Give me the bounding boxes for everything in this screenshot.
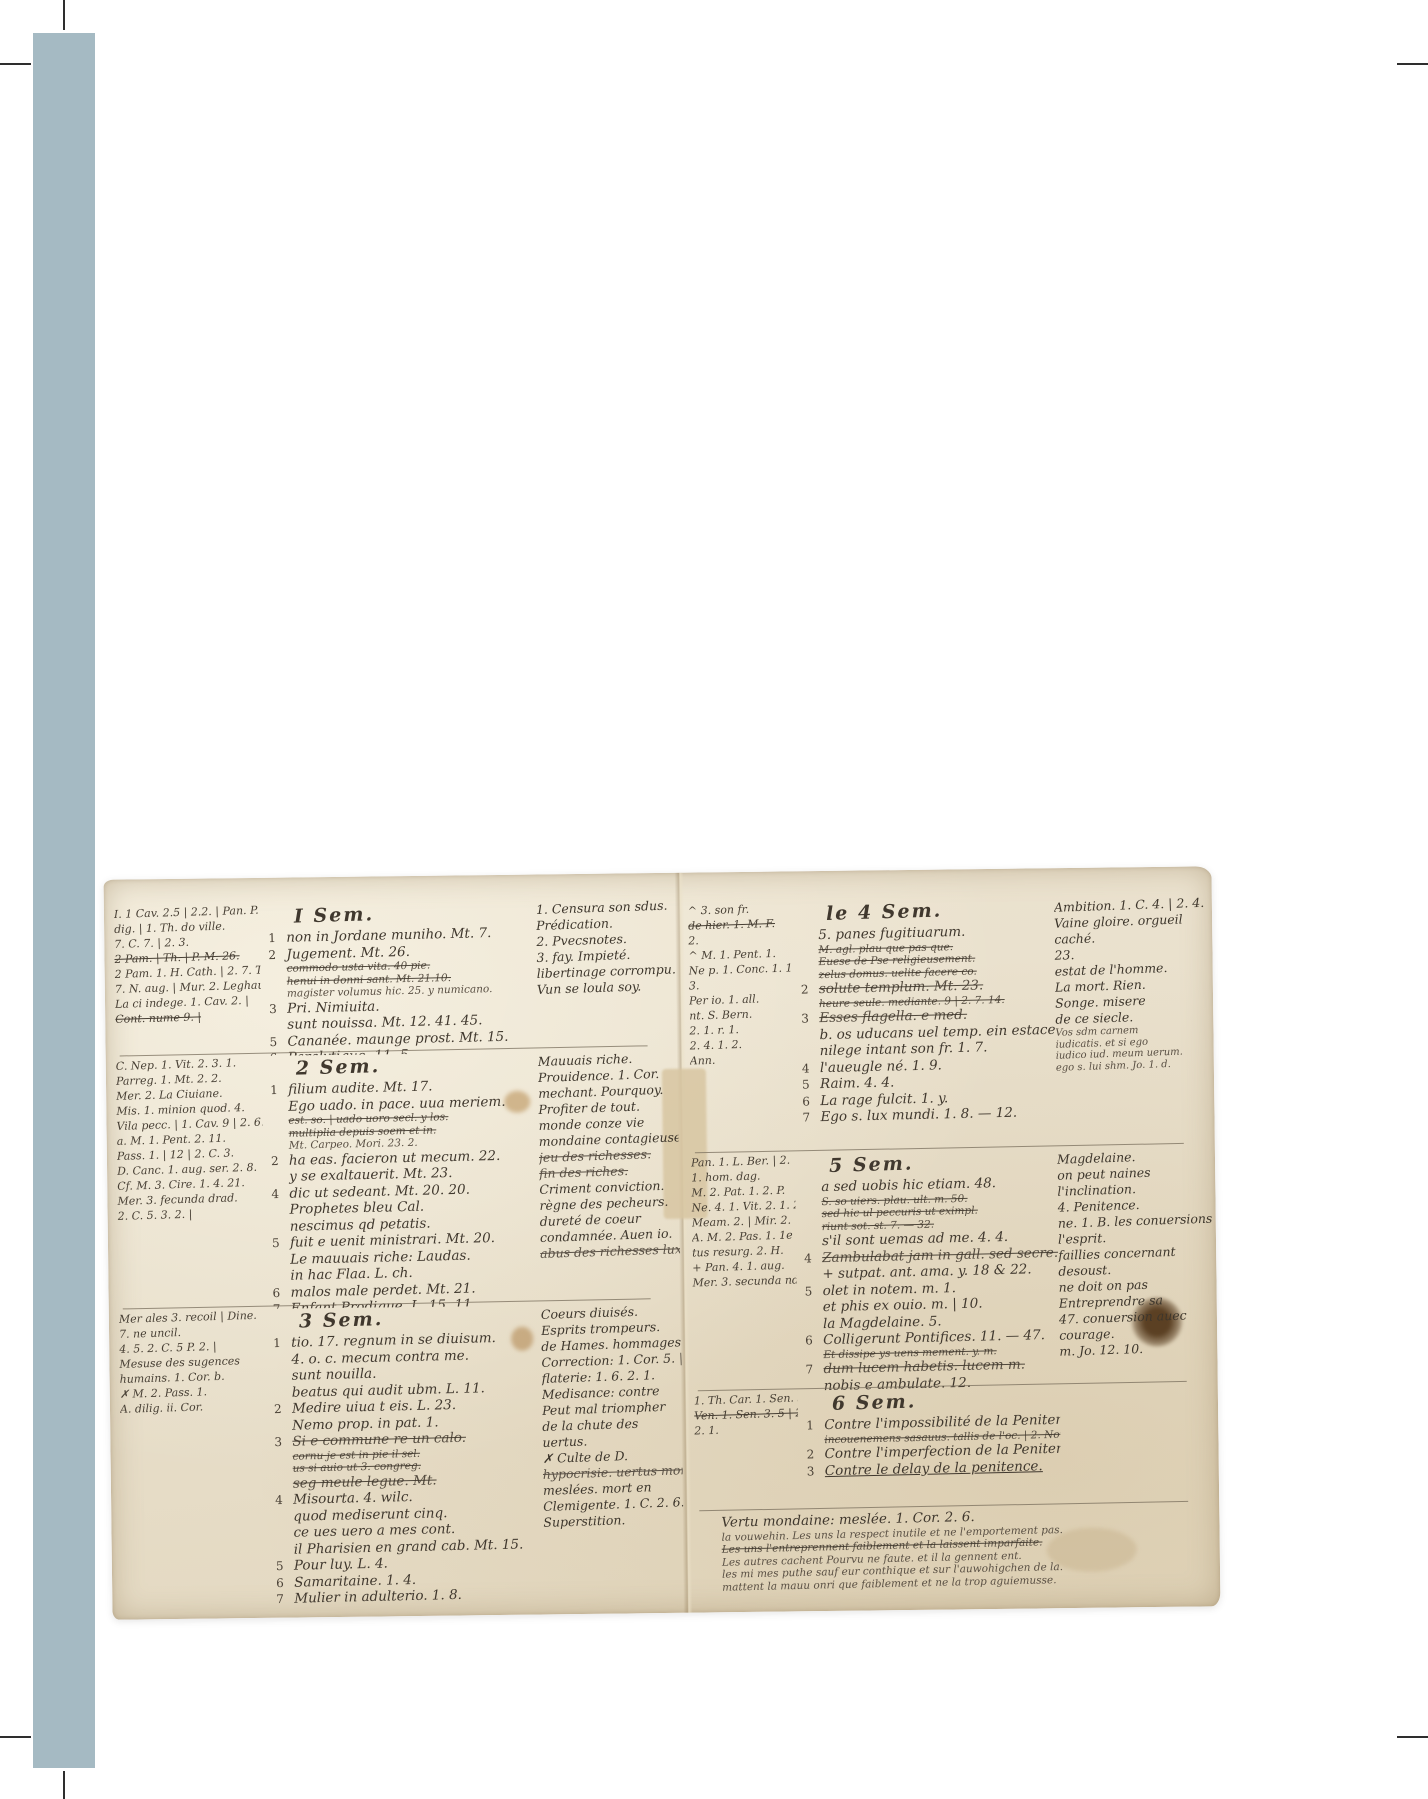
handwritten-text: ✗ Culte de D. (542, 1448, 628, 1466)
handwritten-text: 23. (1054, 947, 1074, 963)
manuscript-section: C. Nep. 1. Vit. 2. 3. 1.Parreg. 1. Mt. 2… (116, 1051, 681, 1311)
manuscript-section: Pan. 1. L. Ber. | 2.1. hom. dag.M. 2. Pa… (691, 1148, 1214, 1392)
handwritten-text: 1. hom. dag. (691, 1169, 761, 1184)
handwritten-text: 2. 1. (694, 1424, 719, 1438)
main-entries-column: le 4 Sem.5. panes fugitiuarum.M. agl. pl… (792, 898, 1057, 1153)
handwritten-text: Ego s. lux mundi. 1. 8. — 12. (820, 1105, 1017, 1125)
item-number: 4 (802, 1060, 810, 1077)
handwritten-text: Prédication. (536, 915, 613, 933)
margin-note: Mer. 3. secunda nd. (692, 1272, 796, 1290)
handwritten-text: de hier. 1. M. F. (688, 917, 775, 933)
handwritten-text: sunt nouilla. (291, 1366, 376, 1384)
item-number: 4 (275, 1492, 283, 1509)
handwritten-text: 3. fay. Impieté. (536, 947, 630, 965)
handwritten-text: Pour luy. L. 4. (294, 1556, 388, 1574)
handwritten-text: ^ M. 1. Pent. 1. (688, 947, 776, 963)
handwritten-text: Cont. nume 9. | (115, 1010, 201, 1026)
handwritten-text: de ce siecle. (1055, 1009, 1133, 1027)
item-number: 3 (269, 1000, 277, 1017)
handwritten-text: ✗ M. 2. Pass. 1. (120, 1385, 208, 1401)
item-number: 3 (807, 1463, 815, 1480)
handwritten-text: tus resurg. 2. H. (692, 1244, 784, 1260)
handwritten-text: Mer. 3. secunda nd. (692, 1273, 796, 1289)
margin-references-column: I. 1 Cav. 2.5 | 2.2. | Pan. P. Th.dig. |… (114, 904, 262, 1058)
handwritten-text: Songe. misere (1055, 993, 1146, 1011)
item-number: 5 (272, 1235, 280, 1252)
item-number: 3 (801, 1010, 809, 1027)
margin-references-column: ^ 3. son fr.de hier. 1. M. F.2.^ M. 1. P… (688, 901, 795, 1154)
margin-note: Ann. (690, 1050, 794, 1068)
crop-mark-bottom-left-horizontal (0, 1736, 31, 1738)
handwritten-text: Superstition. (543, 1512, 625, 1530)
section-header: le 4 Sem. (826, 898, 1055, 925)
left-color-bar (33, 33, 95, 1768)
item-number: 6 (272, 1284, 280, 1301)
handwritten-text: 7. ne uncil. (119, 1326, 181, 1341)
topics-column: Mauuais riche.Prouidence. 1. Cor.mechant… (538, 1051, 681, 1306)
margin-references-column: Pan. 1. L. Ber. | 2.1. hom. dag.M. 2. Pa… (691, 1153, 798, 1392)
manuscript-right-page: ^ 3. son fr.de hier. 1. M. F.2.^ M. 1. P… (687, 866, 1216, 1612)
section-header: 3 Sem. (299, 1305, 542, 1332)
handwritten-text: fin des riches. (539, 1163, 628, 1181)
section-header: 5 Sem. (829, 1150, 1058, 1177)
main-entries-column: 3 Sem.1tio. 17. regnum in se diuisum.4. … (265, 1305, 545, 1613)
margin-note: Cont. nume 9. | (115, 1008, 261, 1027)
item-number: 5 (804, 1283, 812, 1300)
handwritten-text: + Pan. 4. 1. aug. (692, 1259, 785, 1275)
margin-note: 2. C. 5. 3. 2. | (117, 1205, 263, 1224)
item-number: 7 (276, 1591, 284, 1608)
handwritten-text: abus des richesses luxe. (540, 1241, 680, 1261)
manuscript-section: ^ 3. son fr.de hier. 1. M. F.2.^ M. 1. P… (688, 896, 1211, 1154)
section-header: 2 Sem. (296, 1053, 539, 1080)
handwritten-text: 2. 4. 1. 2. (689, 1038, 742, 1053)
item-number: 1 (268, 930, 276, 947)
main-entries-column: I Sem.1non in Jordane muniho. Mt. 7.2Jug… (260, 901, 538, 1056)
crop-mark-top-left-vertical (63, 0, 65, 30)
margin-references-column: 1. Th. Car. 1. Sen. 5. | 2.Ven. 1. Sen. … (694, 1391, 799, 1512)
handwritten-text: in hac Flaa. L. ch. (290, 1265, 413, 1284)
handwritten-text: Per io. 1. all. (689, 992, 760, 1007)
item-number: 4 (271, 1185, 279, 1202)
item-number: 1 (270, 1082, 278, 1099)
item-number: 6 (802, 1093, 810, 1110)
item-number: 3 (274, 1434, 282, 1451)
margin-references-column: Mer ales 3. recoil | Dine.7. ne uncil.4.… (119, 1309, 269, 1616)
handwritten-text: uertus. (542, 1433, 587, 1449)
topic-line: Vun se loula soy. (537, 977, 677, 998)
crop-mark-top-right-horizontal (1397, 63, 1428, 65)
handwritten-text: Mauuais riche. (538, 1051, 633, 1069)
topics-column (1060, 1386, 1215, 1508)
item-number: 1 (806, 1417, 814, 1434)
handwritten-text: Misourta. 4. wilc. (293, 1489, 413, 1508)
topics-column: Ambition. 1. C. 4. | 2. 4.Vaine gloire. … (1054, 896, 1211, 1150)
manuscript-section: Mer ales 3. recoil | Dine.7. ne uncil.4.… (119, 1304, 685, 1616)
item-number: 2 (268, 946, 276, 963)
handwritten-text: Vun se loula soy. (537, 979, 642, 997)
item-number: 7 (805, 1361, 813, 1378)
handwritten-text: 2. 1. r. 1. (689, 1023, 739, 1037)
handwritten-text: Pri. Nimiuita. (287, 998, 380, 1016)
handwritten-text: caché. (1054, 930, 1095, 946)
handwritten-text: Prophetes bleu Cal. (289, 1199, 424, 1218)
manuscript-section: 1. Th. Car. 1. Sen. 5. | 2.Ven. 1. Sen. … (694, 1386, 1215, 1512)
main-entries-column: Vertu mondaine: meslée. 1. Cor. 2. 6.la … (695, 1506, 1216, 1591)
handwritten-text: 3. (689, 979, 700, 992)
crop-mark-bottom-left-vertical (63, 1771, 65, 1799)
item-number: 6 (805, 1332, 813, 1349)
handwritten-text: on peut naines (1057, 1165, 1151, 1183)
handwritten-text: 7. C. 7. | 2. 3. (114, 936, 189, 951)
margin-note: A. dilig. ii. Cor. (120, 1398, 266, 1417)
handwritten-text: Mulier in adulterio. 1. 8. (294, 1587, 462, 1607)
section-header: 6 Sem. (832, 1388, 1061, 1415)
handwritten-text: 2. C. 5. 3. 2. | (117, 1208, 192, 1223)
handwritten-text: ne doit on pas (1058, 1277, 1148, 1295)
handwritten-text: La mort. Rien. (1055, 977, 1146, 995)
manuscript-scan: I. 1 Cav. 2.5 | 2.2. | Pan. P. Th.dig. |… (104, 866, 1221, 1619)
item-number: 5 (802, 1076, 810, 1093)
manuscript-section: Vertu mondaine: meslée. 1. Cor. 2. 6.la … (695, 1506, 1216, 1612)
topics-column: Magdelaine.on peut nainesl'inclination.4… (1057, 1148, 1214, 1388)
manuscript-left-page: I. 1 Cav. 2.5 | 2.2. | Pan. P. Th.dig. |… (114, 873, 685, 1620)
topic-line: abus des richesses luxe. (540, 1241, 680, 1262)
main-entries-column: 6 Sem.1Contre l'impossibilité de la Peni… (798, 1388, 1061, 1511)
main-entries-column: 2 Sem.1filium audite. Mt. 17.Ego uado. i… (262, 1053, 541, 1309)
crop-mark-bottom-right-horizontal (1397, 1736, 1428, 1738)
handwritten-text: 2. (688, 934, 699, 947)
handwritten-text: courage. (1059, 1326, 1115, 1343)
item-number: 7 (802, 1109, 810, 1126)
handwritten-text: m. Jo. 12. 10. (1059, 1341, 1143, 1359)
item-number: 5 (269, 1033, 277, 1050)
item-number: 6 (276, 1574, 284, 1591)
main-entries-column: 5 Sem.a sed uobis hic etiam. 48.S. so ui… (795, 1150, 1060, 1391)
item-number: 1 (273, 1335, 281, 1352)
section-header: I Sem. (294, 901, 537, 928)
handwritten-text: nt. S. Bern. (689, 1008, 752, 1023)
item-number: 4 (804, 1250, 812, 1267)
handwritten-text: l'esprit. (1058, 1230, 1107, 1247)
handwritten-text: Raim. 4. 4. (820, 1074, 895, 1092)
crop-mark-top-left-horizontal (0, 63, 31, 65)
handwritten-text: 4. Penitence. (1057, 1197, 1139, 1215)
handwritten-text: ^ 3. son fr. (688, 903, 749, 918)
item-number: 2 (806, 1446, 814, 1463)
topics-column: 1. Censura son sdus.Prédication.2. Pvecs… (536, 899, 678, 1053)
handwritten-text: Esses flagella. e med. (819, 1007, 967, 1026)
handwritten-text: Magdelaine. (1057, 1149, 1136, 1167)
item-number: 2 (801, 981, 809, 998)
topic-line: Superstition. (543, 1510, 683, 1531)
handwritten-text: filium audite. Mt. 17. (288, 1078, 433, 1097)
handwritten-text: 2. Pvecsnotes. (536, 931, 627, 949)
page: I. 1 Cav. 2.5 | 2.2. | Pan. P. Th.dig. |… (0, 0, 1428, 1799)
handwritten-text: A. dilig. ii. Cor. (120, 1400, 204, 1415)
item-number: 5 (276, 1558, 284, 1575)
handwritten-text: l'inclination. (1057, 1181, 1136, 1199)
item-number: 2 (271, 1152, 279, 1169)
handwritten-text: desoust. (1058, 1262, 1111, 1279)
handwritten-text: 5. panes fugitiuarum. (818, 924, 965, 943)
margin-note: 2. 1. (694, 1420, 798, 1438)
margin-references-column: C. Nep. 1. Vit. 2. 3. 1.Parreg. 1. Mt. 2… (116, 1056, 265, 1311)
item-number: 2 (274, 1401, 282, 1418)
manuscript-section: I. 1 Cav. 2.5 | 2.2. | Pan. P. Th.dig. |… (114, 899, 678, 1058)
handwritten-text: Ann. (690, 1054, 716, 1068)
topics-column: Coeurs diuisés.Esprits trompeurs.de Hame… (541, 1304, 685, 1611)
